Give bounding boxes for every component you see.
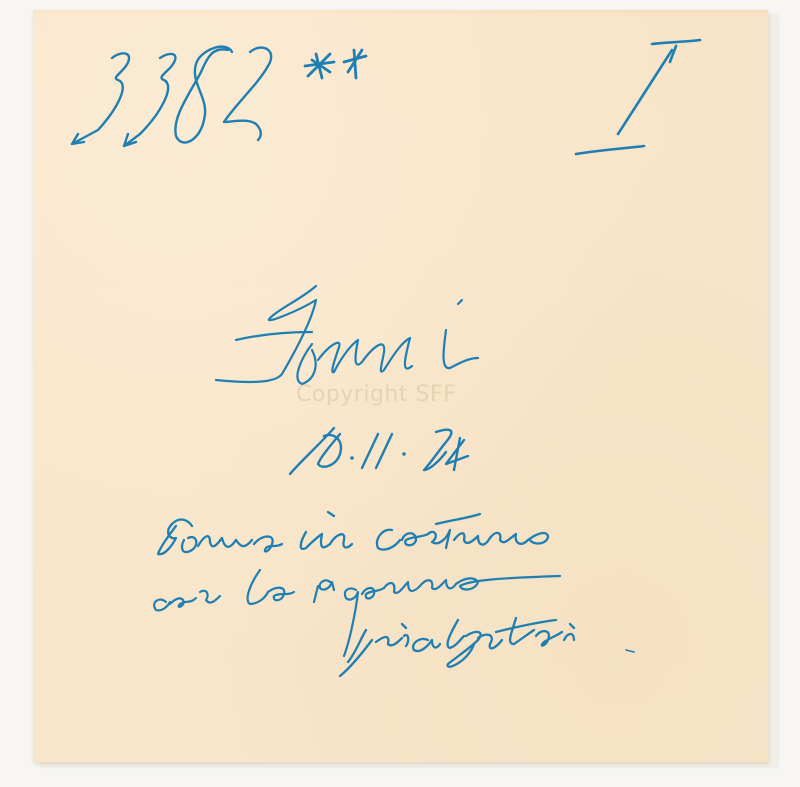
volume-numeral: I [610, 40, 646, 145]
caption-line-2: con la 1a gonna [150, 570, 471, 616]
subject-place: Fonni [220, 290, 448, 383]
catalog-marks: ** [305, 48, 333, 81]
caption-line-1: donna in costume [150, 505, 510, 551]
catalog-number: 3382 [70, 60, 223, 130]
caption-line-3: rialzata [340, 625, 493, 671]
copyright-watermark: Copyright SFF [296, 382, 456, 407]
photo-date: 10·11·34 [290, 425, 468, 471]
